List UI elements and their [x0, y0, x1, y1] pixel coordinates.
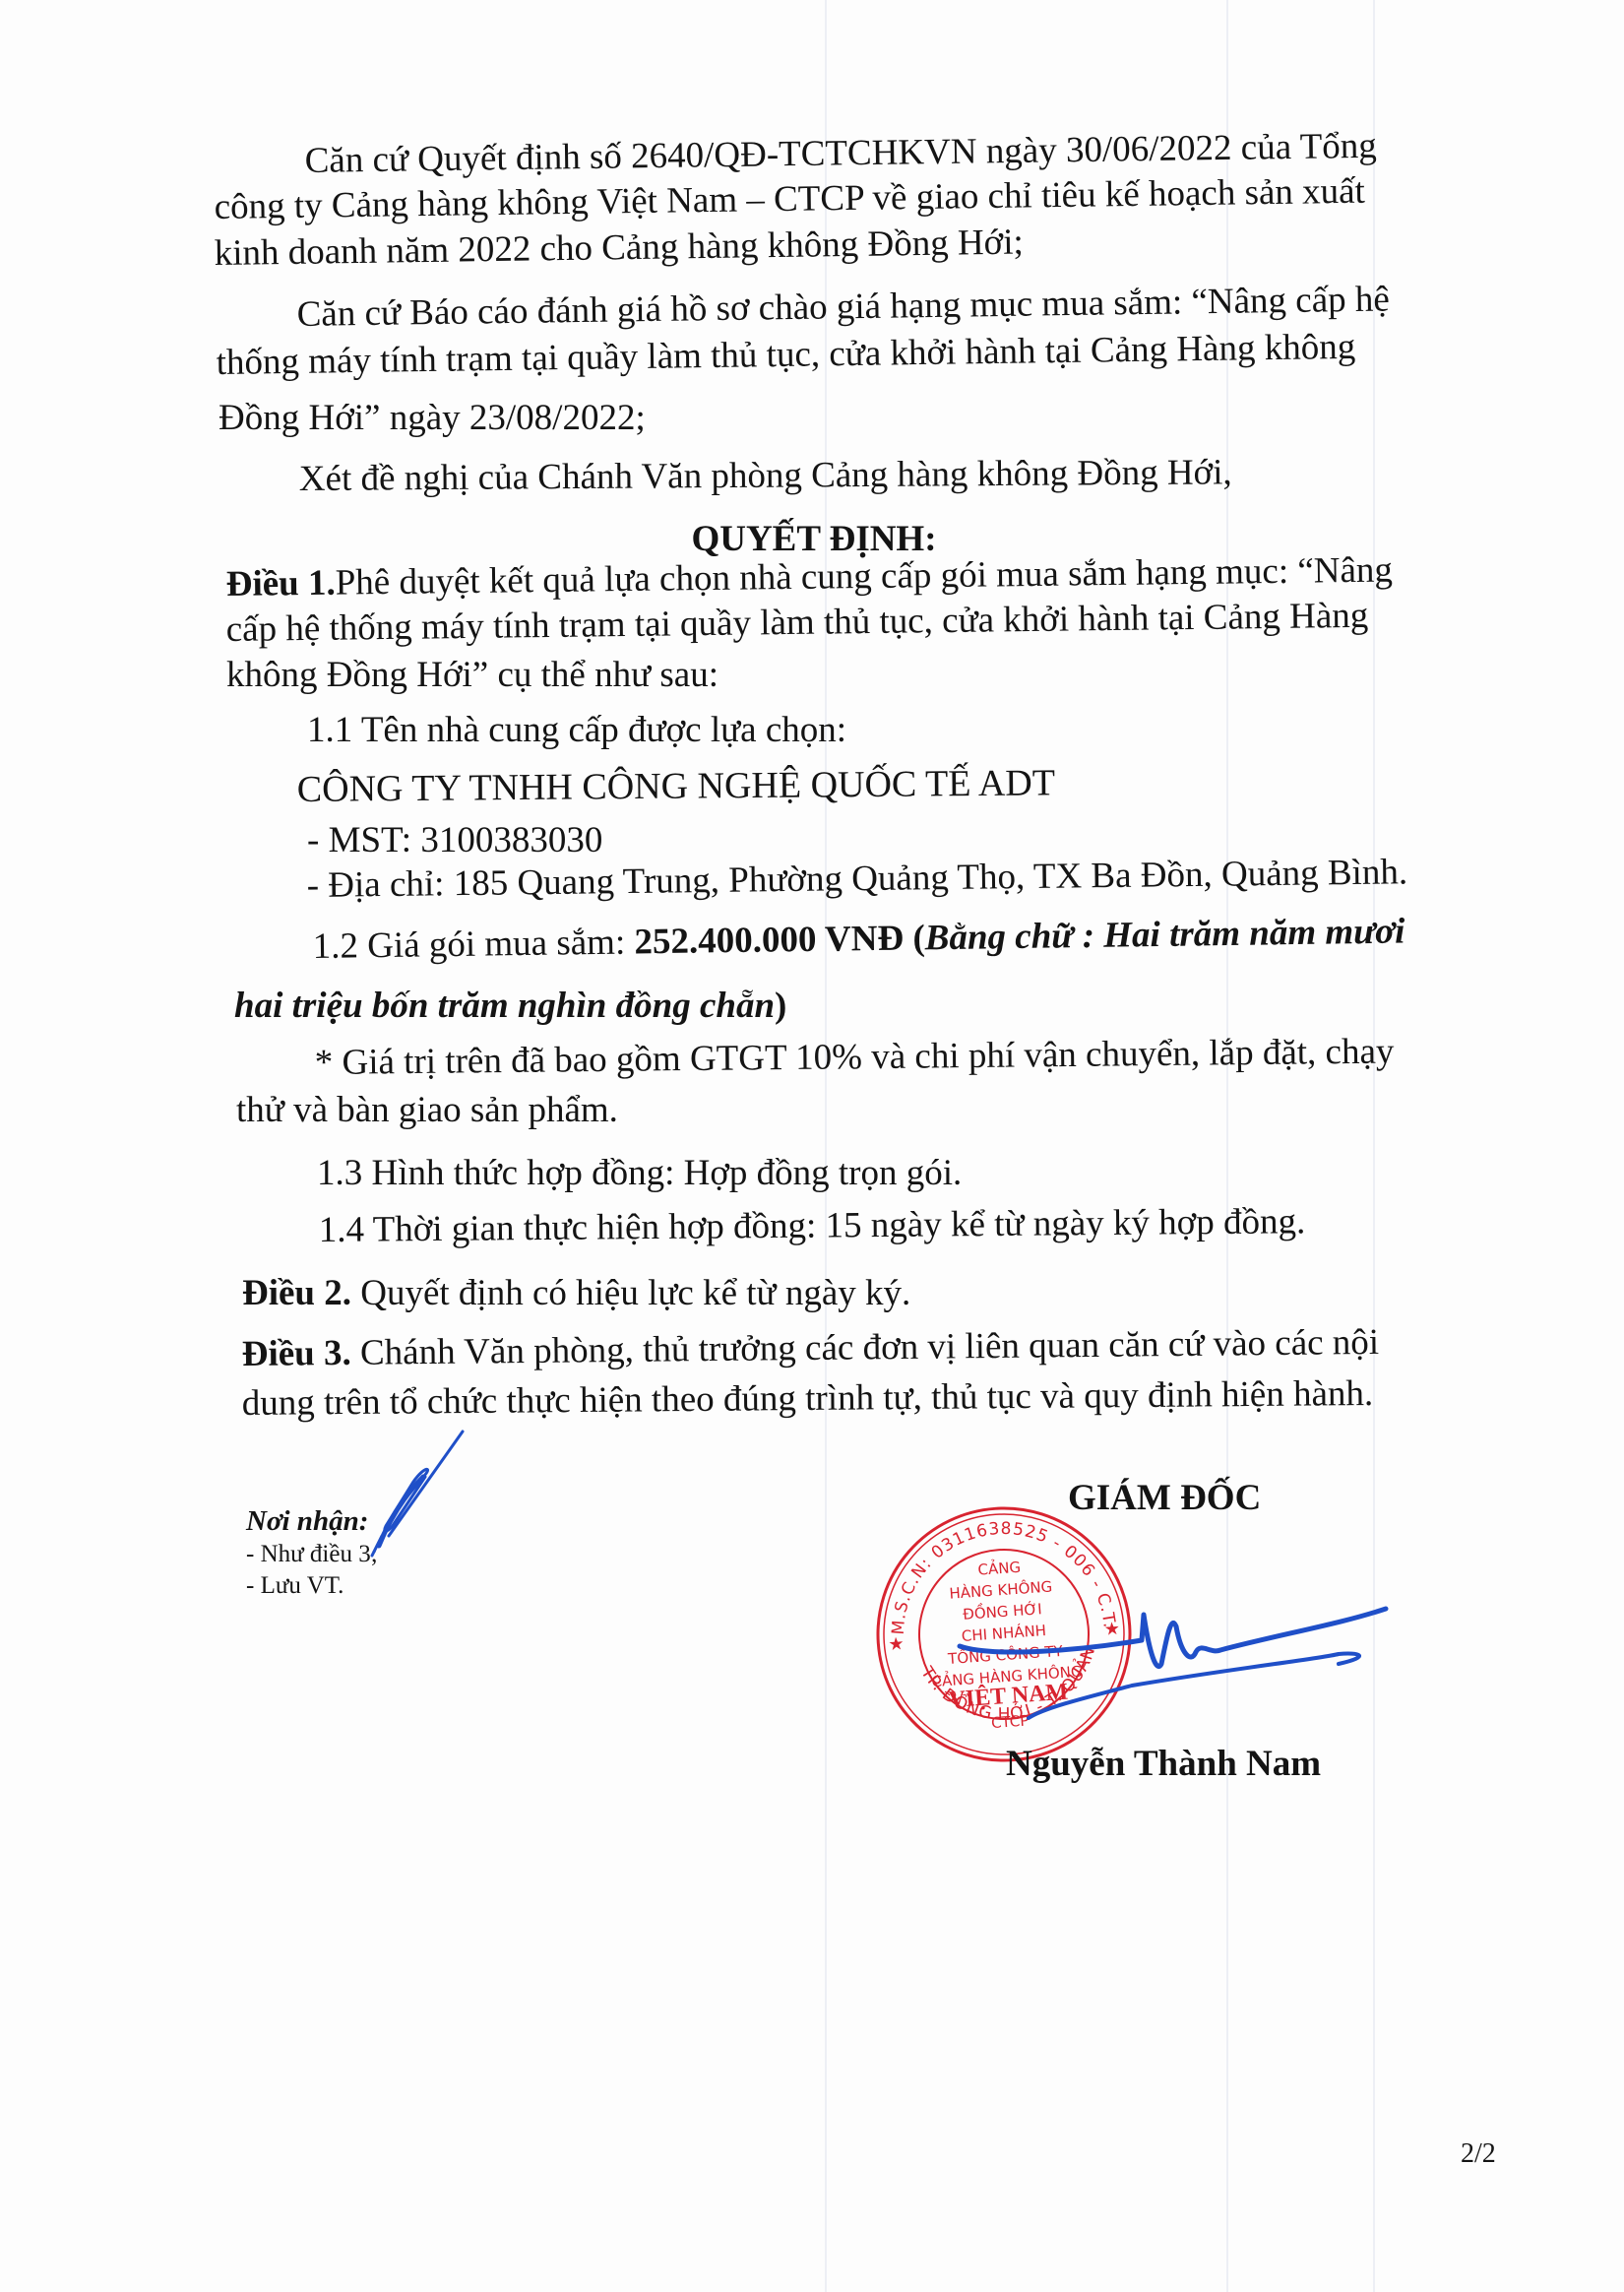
item-1-1: 1.1 Tên nhà cung cấp được lựa chọn:	[307, 709, 846, 752]
official-stamp: M.S.C.N: 0311638525 - 006 - C.T.C.P TP. …	[865, 1496, 1143, 1773]
item-1-3: 1.3 Hình thức hợp đồng: Hợp đồng trọn gó…	[317, 1152, 962, 1195]
article-3-text: Chánh Văn phòng, thủ trưởng các đơn vị l…	[351, 1322, 1380, 1373]
article-2-text: Quyết định có hiệu lực kể từ ngày ký.	[351, 1273, 910, 1313]
item-1-2: 1.2 Giá gói mua sắm: 252.400.000 VNĐ (Bằ…	[312, 911, 1405, 969]
article-2-label: Điều 2.	[242, 1273, 351, 1313]
text-line: kinh doanh năm 2022 cho Cảng hàng không …	[214, 222, 1024, 276]
text-line: dung trên tổ chức thực hiện theo đúng tr…	[242, 1372, 1374, 1426]
price-in-words-line-1: Bằng chữ : Hai trăm năm mươi	[924, 912, 1405, 959]
page-number: 2/2	[1461, 2138, 1496, 2170]
scan-artifact-line	[1373, 0, 1375, 2292]
price-in-words-line-2: hai triệu bốn trăm nghìn đồng chẵn	[234, 986, 775, 1026]
price-amount: 252.400.000 VNĐ	[634, 919, 904, 963]
preamble-paragraph-3: Xét đề nghị của Chánh Văn phòng Cảng hàn…	[299, 451, 1232, 501]
recipient-item: - Như điều 3;	[246, 1540, 378, 1569]
recipients-title: Nơi nhận:	[246, 1506, 368, 1536]
item-1-4: 1.4 Thời gian thực hiện hợp đồng: 15 ngà…	[319, 1200, 1306, 1252]
article-1-label: Điều 1.	[225, 563, 335, 605]
signer-name: Nguyễn Thành Nam	[1006, 1743, 1321, 1785]
price-note: * Giá trị trên đã bao gồm GTGT 10% và ch…	[315, 1031, 1395, 1085]
supplier-tax-code: - MST: 3100383030	[307, 819, 602, 862]
paren-close: )	[775, 986, 786, 1026]
text-line: thử và bàn giao sản phẩm.	[236, 1089, 618, 1132]
paren-open: (	[904, 918, 925, 958]
article-3-label: Điều 3.	[242, 1333, 351, 1374]
text-line: hai triệu bốn trăm nghìn đồng chẵn)	[234, 985, 786, 1028]
text-line: không Đồng Hới” cụ thể như sau:	[226, 654, 718, 697]
supplier-name: CÔNG TY TNHH CÔNG NGHỆ QUỐC TẾ ADT	[297, 761, 1056, 811]
article-2: Điều 2. Quyết định có hiệu lực kể từ ngà…	[242, 1272, 910, 1315]
document-page: Căn cứ Quyết định số 2640/QĐ-TCTCHKVN ng…	[0, 0, 1624, 2292]
recipient-item: - Lưu VT.	[246, 1571, 344, 1601]
price-label: 1.2 Giá gói mua sắm:	[312, 922, 634, 967]
text-line: Điều 3. Chánh Văn phòng, thủ trưởng các …	[242, 1321, 1380, 1376]
text-line: Đồng Hới” ngày 23/08/2022;	[219, 397, 646, 440]
